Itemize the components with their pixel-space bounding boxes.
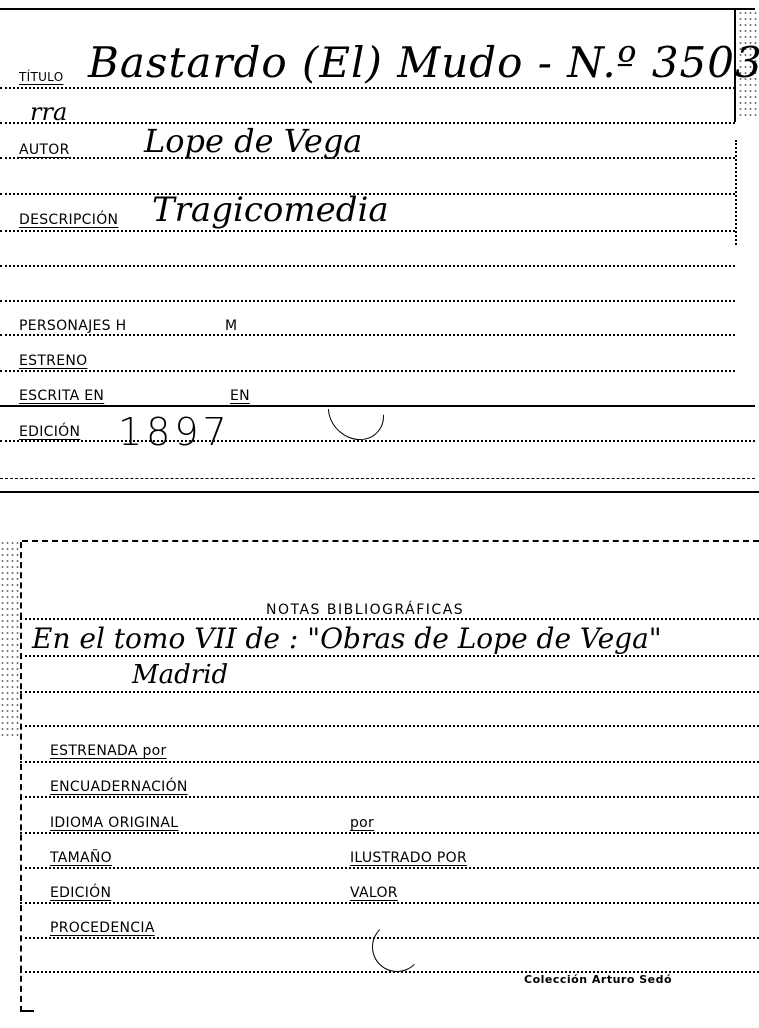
rule-line: [0, 87, 735, 89]
estrenada-label: ESTRENADA por: [50, 743, 167, 759]
scan-noise: [0, 540, 20, 740]
rule-line: [20, 796, 759, 798]
edicion-label-bottom: EDICIÓN: [50, 885, 111, 901]
rule-line: [20, 691, 759, 693]
autor-value: Lope de Vega: [144, 122, 362, 160]
rule-line: [20, 832, 759, 834]
rule-line: [0, 478, 755, 479]
titulo-value-continued: rra: [30, 98, 67, 126]
descripcion-label: DESCRIPCIÓN: [19, 212, 118, 228]
rule-line: [0, 157, 735, 159]
rule-line: [20, 618, 759, 620]
personajes-m-label: M: [225, 318, 237, 334]
notes-value-line1: En el tomo VII de : "Obras de Lope de Ve…: [32, 622, 662, 655]
notas-heading: NOTAS BIBLIOGRÁFICAS: [266, 602, 464, 618]
rule-line: [0, 334, 735, 336]
rule-line: [0, 230, 735, 232]
personajes-h-label: PERSONAJES H: [19, 318, 126, 334]
card-bottom-border: [0, 491, 759, 493]
procedencia-label: PROCEDENCIA: [50, 920, 155, 936]
escrita-en-place-label: EN: [230, 388, 250, 404]
corner-mark: [20, 1010, 34, 1012]
rule-line: [0, 122, 735, 124]
rule-line: [20, 902, 759, 904]
idioma-original-label: IDIOMA ORIGINAL: [50, 815, 178, 831]
autor-label: AUTOR: [19, 142, 70, 158]
rule-line: [20, 655, 759, 657]
stamp-mark: [372, 922, 422, 972]
card-right-border-lower: [735, 140, 737, 245]
descripcion-value: Tragicomedia: [152, 190, 389, 230]
edicion-label: EDICIÓN: [19, 424, 80, 440]
titulo-value: Bastardo (El) Mudo - N.º 35035 bis: [88, 38, 759, 87]
rule-line: [0, 300, 735, 302]
rule-line: [20, 725, 759, 727]
rule-line: [20, 867, 759, 869]
ilustrado-por-label: ILUSTRADO POR: [350, 850, 467, 866]
rule-line: [0, 440, 755, 442]
rule-line: [20, 761, 759, 763]
encuadernacion-label: ENCUADERNACIÓN: [50, 779, 188, 795]
edicion-value: 1897: [118, 410, 231, 454]
rule-line: [0, 370, 735, 372]
tamano-label: TAMAÑO: [50, 850, 112, 866]
escrita-en-label: ESCRITA EN: [19, 388, 104, 404]
card-top-border: [0, 8, 755, 10]
card-left-border: [20, 542, 22, 1012]
rule-line: [0, 265, 735, 267]
collection-footer: Colección Arturo Sedó: [524, 973, 672, 986]
valor-label: VALOR: [350, 885, 398, 901]
titulo-label: TÍTULO: [19, 70, 64, 84]
notes-value-line2: Madrid: [132, 660, 228, 690]
traducido-por-label: por: [350, 815, 374, 831]
estreno-label: ESTRENO: [19, 353, 87, 369]
card-top-border: [22, 540, 759, 542]
